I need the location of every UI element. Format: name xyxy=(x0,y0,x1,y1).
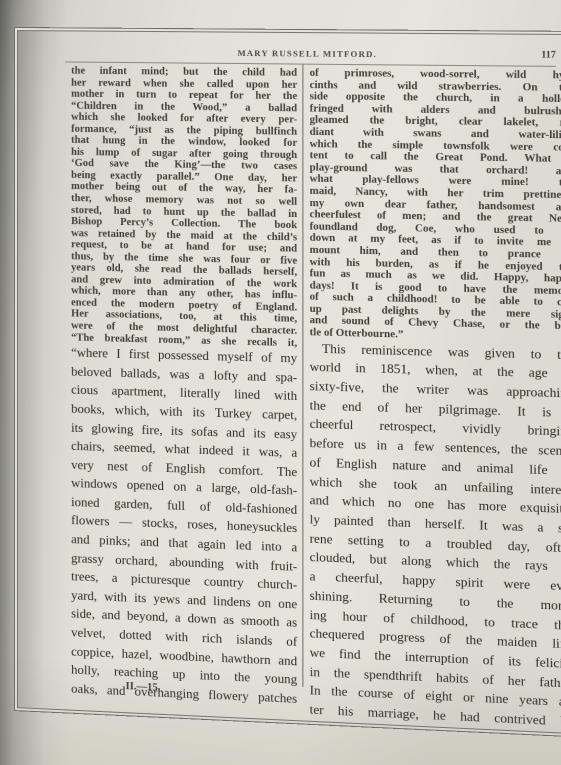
right-column: of primroses, wood-sorrel, wild hya-cint… xyxy=(310,68,561,732)
page-number: 117 xyxy=(541,50,556,60)
column-divider-rule xyxy=(302,65,303,687)
running-title: MARY RUSSELL MITFORD. xyxy=(65,47,556,60)
text-columns: the infant mind; but the child hadher re… xyxy=(65,65,556,699)
signature-mark: II.—15. xyxy=(126,681,161,694)
page-border-frame: MARY RUSSELL MITFORD. 117 the infant min… xyxy=(14,27,561,737)
left-column: the infant mind; but the child hadher re… xyxy=(71,66,297,709)
running-head: MARY RUSSELL MITFORD. 117 xyxy=(65,47,556,66)
